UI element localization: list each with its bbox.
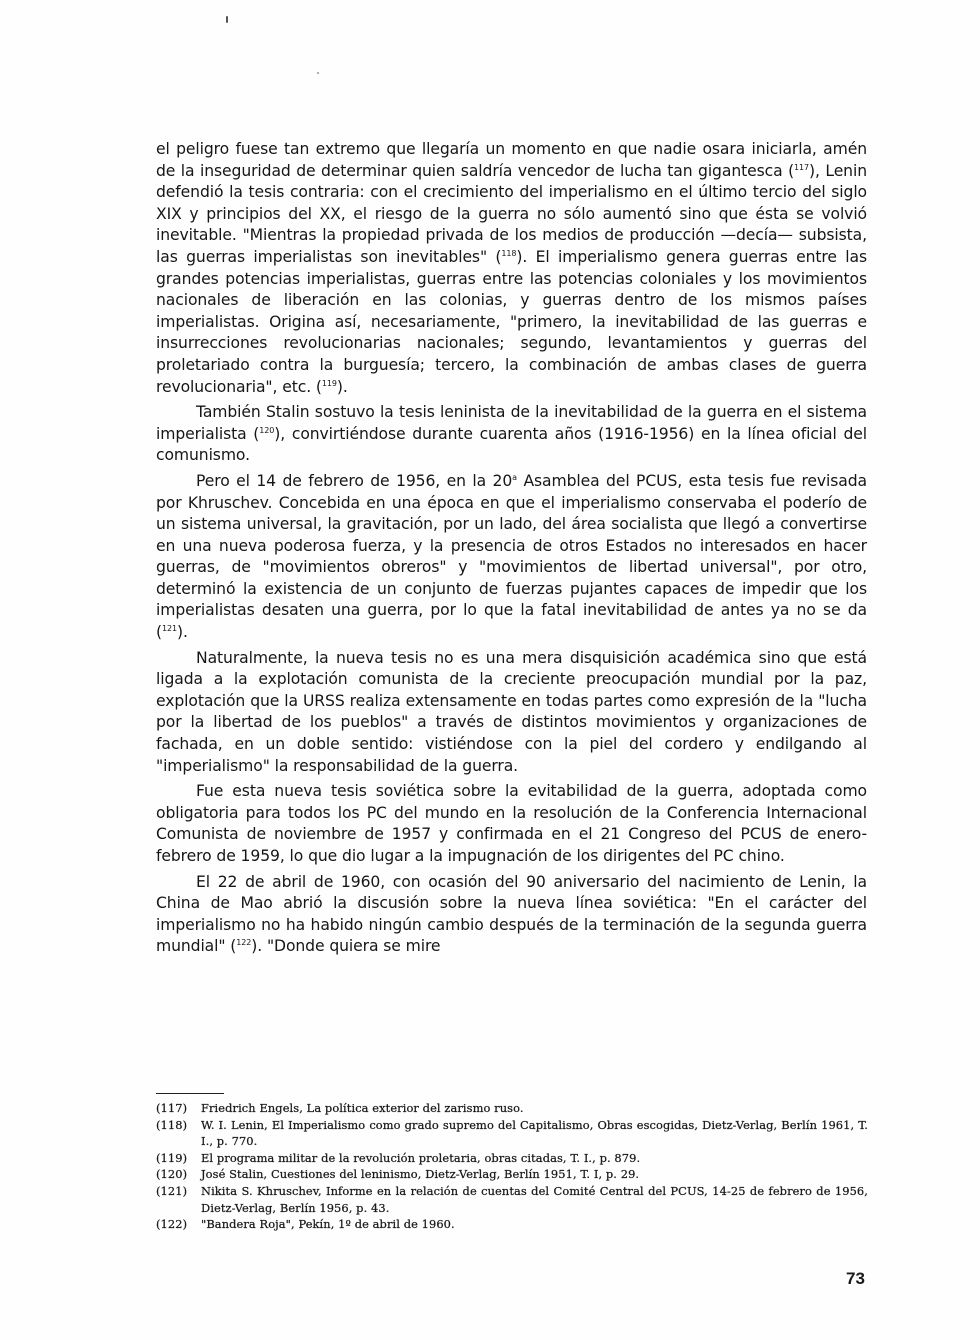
footnote-text: El programa militar de la revolución pro… — [201, 1150, 868, 1167]
footnote-ref: a — [512, 473, 517, 482]
paragraph: También Stalin sostuvo la tesis leninist… — [156, 402, 867, 467]
footnote-text: Friedrich Engels, La política exterior d… — [201, 1100, 868, 1117]
footnote-text: José Stalin, Cuestiones del leninismo, D… — [201, 1166, 868, 1183]
footnote-number: (117) — [156, 1100, 201, 1117]
paragraph: Fue esta nueva tesis soviética sobre la … — [156, 781, 867, 867]
footnotes: (117)Friedrich Engels, La política exter… — [156, 1100, 868, 1233]
page-number: 73 — [846, 1269, 865, 1289]
footnote: (122)"Bandera Roja", Pekín, 1º de abril … — [156, 1216, 868, 1233]
footnote: (117)Friedrich Engels, La política exter… — [156, 1100, 868, 1117]
footnote-number: (118) — [156, 1117, 201, 1134]
footnote-number: (122) — [156, 1216, 201, 1233]
footnote-ref: 120 — [259, 426, 274, 435]
paragraph: el peligro fuese tan extremo que llegarí… — [156, 139, 867, 398]
paragraph: El 22 de abril de 1960, con ocasión del … — [156, 872, 867, 958]
footnote-text: "Bandera Roja", Pekín, 1º de abril de 19… — [201, 1216, 868, 1233]
footnote-ref: 118 — [501, 249, 516, 258]
footnote-ref: 119 — [322, 379, 337, 388]
paragraph: Naturalmente, la nueva tesis no es una m… — [156, 648, 867, 778]
scan-speck — [226, 16, 228, 23]
footnote: (118)W. I. Lenin, El Imperialismo como g… — [156, 1117, 868, 1150]
footnote-number: (121) — [156, 1183, 201, 1200]
footnote: (120)José Stalin, Cuestiones del leninis… — [156, 1166, 868, 1183]
footnote-ref: 122 — [236, 938, 251, 947]
footnote: (119)El programa militar de la revolució… — [156, 1150, 868, 1167]
footnote-text: Nikita S. Khruschev, Informe en la relac… — [201, 1183, 868, 1216]
body-text: el peligro fuese tan extremo que llegarí… — [156, 139, 867, 958]
footnote-ref: 121 — [162, 624, 177, 633]
footnote-divider — [156, 1093, 224, 1094]
footnote-text: W. I. Lenin, El Imperialismo como grado … — [201, 1117, 868, 1150]
footnote-number: (120) — [156, 1166, 201, 1183]
scan-speck — [317, 72, 319, 74]
scanned-book-page: el peligro fuese tan extremo que llegarí… — [0, 0, 980, 1340]
paragraph: Pero el 14 de febrero de 1956, en la 20a… — [156, 471, 867, 644]
footnote: (121)Nikita S. Khruschev, Informe en la … — [156, 1183, 868, 1216]
footnote-number: (119) — [156, 1150, 201, 1167]
footnote-ref: 117 — [794, 163, 809, 172]
